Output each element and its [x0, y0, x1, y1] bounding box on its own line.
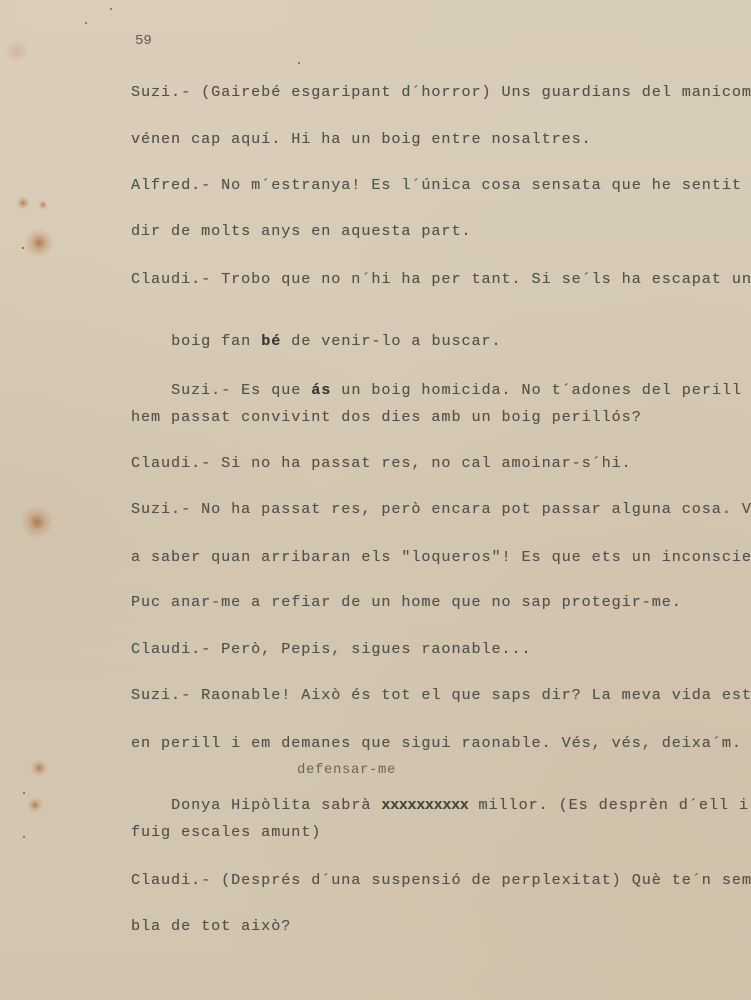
rust-stain [30, 759, 48, 777]
rust-stain [20, 505, 54, 539]
rust-stain [24, 228, 54, 258]
rust-stain [38, 200, 48, 210]
text-line: vénen cap aquí. Hi ha un boig entre nosa… [131, 130, 592, 148]
text-run: de venir-lo a buscar. [281, 332, 501, 350]
text-line: boig fan bé de venir-lo a buscar. [131, 314, 502, 368]
text-line: Claudi.- Si no ha passat res, no cal amo… [131, 454, 632, 472]
fleck [298, 62, 300, 64]
text-line: Suzi.- (Gairebé esgaripant d´horror) Uns… [131, 83, 751, 101]
text-run: millor. (Es desprèn d´ell i [469, 796, 749, 814]
overtyped-word: bé [261, 332, 281, 350]
page-number: 59 [135, 33, 152, 49]
text-line: Suzi.- No ha passat res, però encara pot… [131, 500, 751, 518]
text-line: Puc anar-me a refiar de un home que no s… [131, 593, 682, 611]
typewritten-page: 59 Suzi.- (Gairebé esgaripant d´horror) … [0, 0, 751, 1000]
text-line: fuig escales amunt) [131, 823, 321, 841]
text-run: boig fan [171, 332, 261, 350]
rust-stain [16, 196, 30, 210]
pink-smudge [4, 40, 30, 62]
handtyped-insertion: defensar-me [297, 762, 396, 778]
text-line: bla de tot això? [131, 917, 291, 935]
text-line: hem passat convivint dos dies amb un boi… [131, 408, 642, 426]
text-line: a saber quan arribaran els "loqueros"! E… [131, 548, 751, 566]
text-line: Suzi.- Raonable! Això és tot el que saps… [131, 686, 751, 704]
fleck [23, 836, 25, 838]
fleck [85, 22, 87, 24]
struck-out-word: xxxxxxxxxx [381, 796, 468, 814]
text-line: Claudi.- Trobo que no n´hi ha per tant. … [131, 270, 751, 288]
overtyped-word: ás [311, 381, 331, 399]
text-line: Alfred.- No m´estranya! Es l´única cosa … [131, 176, 751, 194]
rust-stain [27, 797, 43, 813]
text-line: Claudi.- (Després d´una suspensió de per… [131, 871, 751, 889]
text-line: en perill i em demanes que sigui raonabl… [131, 734, 742, 752]
fleck [23, 792, 25, 794]
text-line: dir de molts anys en aquesta part. [131, 222, 471, 240]
text-line: Claudi.- Però, Pepis, sigues raonable... [131, 640, 532, 658]
fleck [22, 247, 24, 249]
text-run: Suzi.- Es que [171, 381, 311, 399]
text-run: un boig homicida. No t´adones del perill… [331, 381, 751, 399]
fleck [110, 8, 112, 10]
text-run: Donya Hipòlita sabrà [171, 796, 381, 814]
